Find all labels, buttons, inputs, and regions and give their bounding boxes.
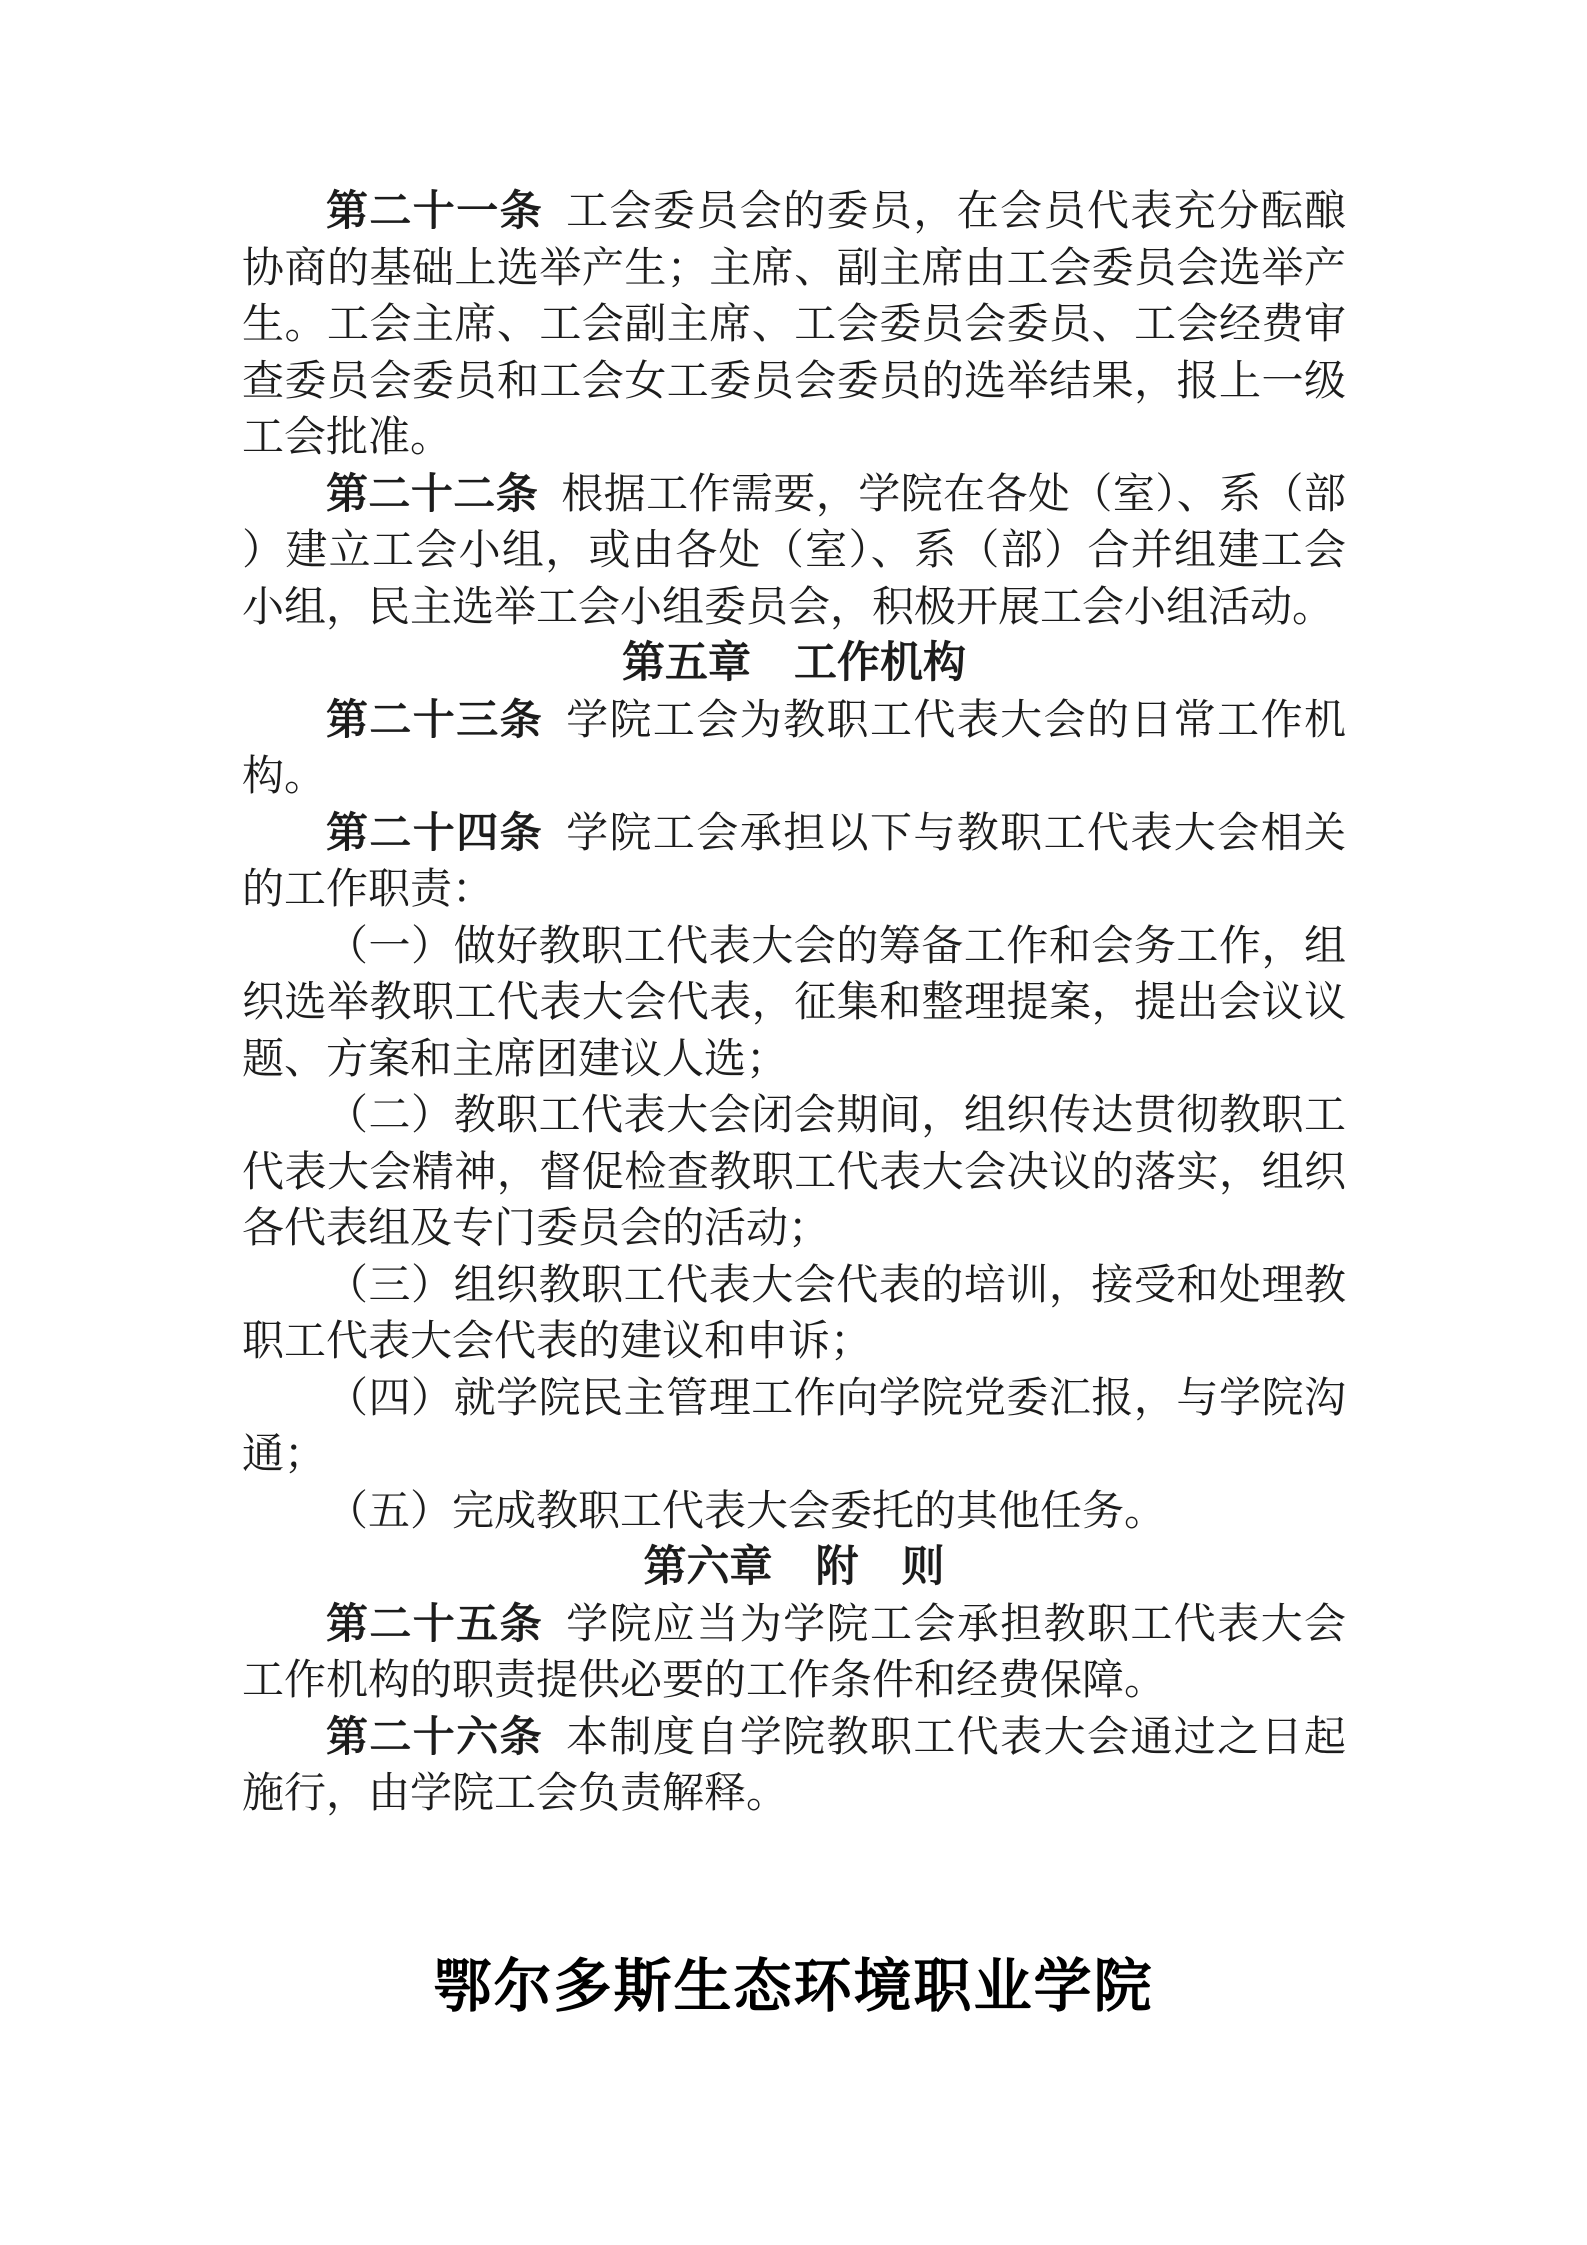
chapter-heading: 第六章 附 则 bbox=[242, 1540, 1346, 1597]
article-number: 第二十四条 bbox=[326, 811, 543, 857]
article-paragraph: 第二十三条学院工会为教职工代表大会的日常工作机构。 bbox=[242, 693, 1346, 806]
article-number: 第二十二条 bbox=[326, 472, 538, 518]
article-paragraph: 第二十一条工会委员会的委员，在会员代表充分酝酿协商的基础上选举产生；主席、副主席… bbox=[242, 184, 1346, 467]
article-paragraph: 第二十六条本制度自学院教职工代表大会通过之日起施行，由学院工会负责解释。 bbox=[242, 1710, 1346, 1823]
document-page: 第二十一条工会委员会的委员，在会员代表充分酝酿协商的基础上选举产生；主席、副主席… bbox=[0, 0, 1587, 2245]
article-paragraph: 第二十四条学院工会承担以下与教职工代表大会相关的工作职责： bbox=[242, 806, 1346, 919]
article-paragraph: 第二十五条学院应当为学院工会承担教职工代表大会工作机构的职责提供必要的工作条件和… bbox=[242, 1597, 1346, 1710]
article-number: 第二十六条 bbox=[326, 1715, 543, 1761]
list-item-paragraph: （二）教职工代表大会闭会期间，组织传达贯彻教职工代表大会精神，督促检查教职工代表… bbox=[242, 1088, 1346, 1258]
list-item-paragraph: （四）就学院民主管理工作向学院党委汇报，与学院沟通； bbox=[242, 1371, 1346, 1484]
article-paragraph: 第二十二条根据工作需要，学院在各处（室）、系（部）建立工会小组，或由各处（室）、… bbox=[242, 467, 1346, 637]
article-number: 第二十一条 bbox=[326, 189, 543, 235]
issuer-signature: 鄂尔多斯生态环境职业学院 bbox=[0, 1951, 1587, 2023]
list-item-paragraph: （一）做好教职工代表大会的筹备工作和会务工作，组织选举教职工代表大会代表，征集和… bbox=[242, 919, 1346, 1089]
document-body: 第二十一条工会委员会的委员，在会员代表充分酝酿协商的基础上选举产生；主席、副主席… bbox=[242, 0, 1346, 1823]
list-item-paragraph: （三）组织教职工代表大会代表的培训，接受和处理教职工代表大会代表的建议和申诉； bbox=[242, 1258, 1346, 1371]
list-item-paragraph: （五）完成教职工代表大会委托的其他任务。 bbox=[242, 1484, 1346, 1541]
chapter-heading: 第五章 工作机构 bbox=[242, 636, 1346, 693]
article-number: 第二十三条 bbox=[326, 698, 543, 744]
article-number: 第二十五条 bbox=[326, 1602, 543, 1648]
